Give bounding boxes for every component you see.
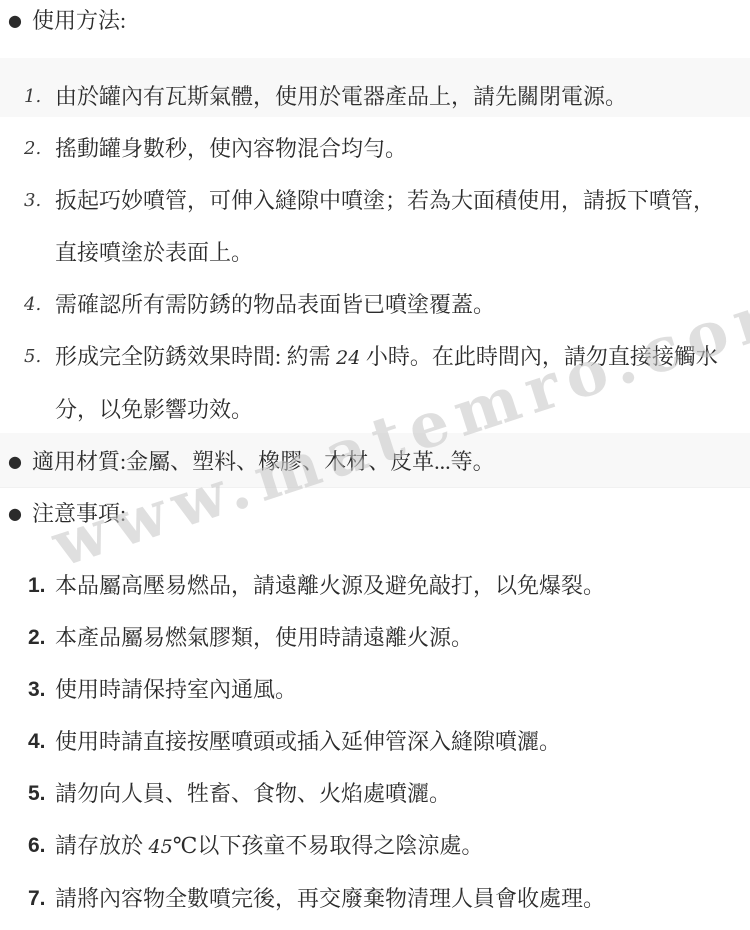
item-text: 需確認所有需防銹的物品表面皆已噴塗覆蓋。: [55, 292, 495, 317]
section-title-text: 注意事項:: [32, 501, 126, 526]
item-text: 由於罐內有瓦斯氣體，使用於電器產品上，請先關閉電源。: [55, 84, 627, 109]
item-text-post: ℃以下孩童不易取得之陰涼處。: [173, 833, 484, 858]
item-number: 5.: [28, 768, 46, 820]
note-item: 7. 請將內容物全數噴完後，再交廢棄物清理人員會收處理。: [0, 873, 750, 925]
item-number: 4.: [24, 279, 41, 331]
note-item: 4. 使用時請直接按壓噴頭或插入延伸管深入縫隙噴灑。: [0, 716, 750, 768]
item-text: 形成完全防銹效果時間: 約需 24 小時。在此時間內，請勿直接接觸水分，以免影響…: [55, 344, 718, 422]
item-text: 請存放於 45℃以下孩童不易取得之陰涼處。: [55, 833, 483, 858]
section-title-text: 適用材質:金屬、塑料、橡膠、木材、皮革...等。: [32, 449, 495, 474]
item-text: 本產品屬易燃氣膠類，使用時請遠離火源。: [55, 625, 473, 650]
note-item: 6. 請存放於 45℃以下孩童不易取得之陰涼處。: [0, 820, 750, 873]
section-title-usage: ● 使用方法:: [0, 0, 750, 42]
usage-step: 2. 搖動罐身數秒，使內容物混合均勻。: [0, 123, 750, 175]
usage-steps-list: 1. 由於罐內有瓦斯氣體，使用於電器產品上，請先關閉電源。 2. 搖動罐身數秒，…: [0, 71, 750, 436]
instruction-document: www.matemro.com ● 使用方法: 1. 由於罐內有瓦斯氣體，使用於…: [0, 0, 750, 930]
item-number: 3.: [28, 664, 46, 716]
item-number: 7.: [28, 873, 46, 925]
inline-number: 24: [336, 347, 360, 369]
inline-number: 45: [149, 836, 173, 858]
item-text-pre: 形成完全防銹效果時間: 約需: [55, 344, 336, 369]
bullet-icon: ●: [8, 0, 22, 42]
item-text: 使用時請直接按壓噴頭或插入延伸管深入縫隙噴灑。: [55, 729, 561, 754]
usage-step: 4. 需確認所有需防銹的物品表面皆已噴塗覆蓋。: [0, 279, 750, 331]
usage-step: 1. 由於罐內有瓦斯氣體，使用於電器產品上，請先關閉電源。: [0, 71, 750, 123]
note-item: 5. 請勿向人員、牲畜、食物、火焰處噴灑。: [0, 768, 750, 820]
item-number: 3.: [24, 175, 41, 227]
notes-list: 1. 本品屬高壓易燃品，請遠離火源及避免敲打，以免爆裂。 2. 本產品屬易燃氣膠…: [0, 560, 750, 925]
item-text: 扳起巧妙噴管，可伸入縫隙中噴塗；若為大面積使用，請扳下噴管，直接噴塗於表面上。: [55, 188, 715, 265]
item-number: 1.: [24, 71, 41, 123]
item-number: 1.: [28, 560, 46, 612]
item-number: 6.: [28, 820, 46, 872]
usage-step: 5. 形成完全防銹效果時間: 約需 24 小時。在此時間內，請勿直接接觸水分，以…: [0, 331, 750, 436]
item-text-pre: 請存放於: [55, 833, 149, 858]
note-item: 1. 本品屬高壓易燃品，請遠離火源及避免敲打，以免爆裂。: [0, 560, 750, 612]
usage-step: 3. 扳起巧妙噴管，可伸入縫隙中噴塗；若為大面積使用，請扳下噴管，直接噴塗於表面…: [0, 175, 750, 279]
section-title-materials: ● 適用材質:金屬、塑料、橡膠、木材、皮革...等。: [0, 436, 750, 488]
item-text: 本品屬高壓易燃品，請遠離火源及避免敲打，以免爆裂。: [55, 573, 605, 598]
section-title-notes: ● 注意事項:: [0, 488, 750, 540]
item-number: 2.: [24, 123, 41, 175]
item-text: 搖動罐身數秒，使內容物混合均勻。: [55, 136, 407, 161]
item-text: 請將內容物全數噴完後，再交廢棄物清理人員會收處理。: [55, 886, 605, 911]
note-item: 2. 本產品屬易燃氣膠類，使用時請遠離火源。: [0, 612, 750, 664]
note-item: 3. 使用時請保持室內通風。: [0, 664, 750, 716]
item-text: 使用時請保持室內通風。: [55, 677, 297, 702]
bullet-icon: ●: [8, 436, 22, 488]
item-number: 5.: [24, 331, 41, 383]
item-text: 請勿向人員、牲畜、食物、火焰處噴灑。: [55, 781, 451, 806]
item-number: 2.: [28, 612, 46, 664]
item-number: 4.: [28, 716, 46, 768]
bullet-icon: ●: [8, 488, 22, 540]
section-title-text: 使用方法:: [32, 8, 126, 33]
